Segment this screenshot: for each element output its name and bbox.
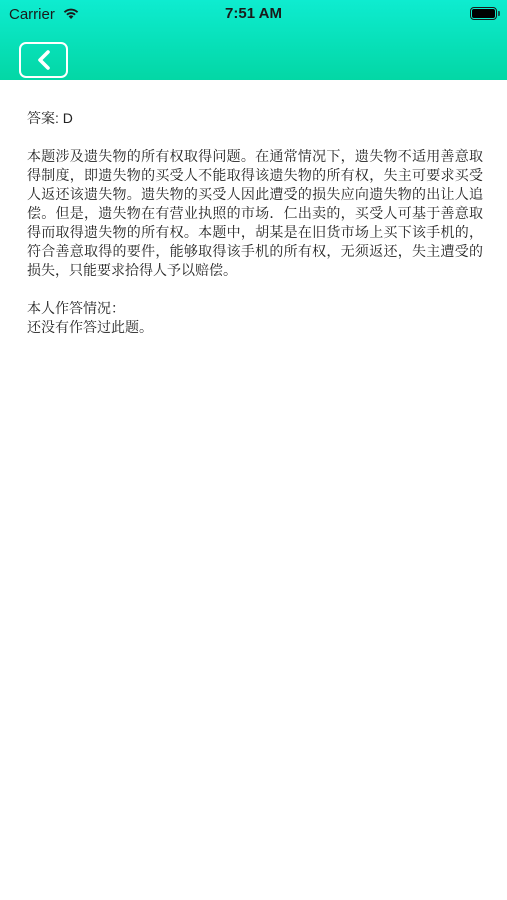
- correct-answer: 答案: D: [27, 109, 483, 128]
- answer-explanation: 本题涉及遗失物的所有权取得问题。在通常情况下，遗失物不适用善意取得制度，即遗失物…: [27, 147, 483, 280]
- nav-header: Carrier 7:51 AM: [0, 0, 507, 80]
- my-answer-label: 本人作答情况：: [27, 299, 483, 318]
- answer-detail: 答案: D 本题涉及遗失物的所有权取得问题。在通常情况下，遗失物不适用善意取得制…: [27, 109, 483, 337]
- my-answer-value: 还没有作答过此题。: [27, 318, 483, 337]
- chevron-left-icon: [36, 49, 52, 71]
- status-bar: Carrier 7:51 AM: [0, 0, 507, 28]
- back-button[interactable]: [19, 42, 68, 78]
- battery-tip: [498, 11, 500, 16]
- clock: 7:51 AM: [0, 5, 507, 22]
- battery-full-icon: [470, 7, 497, 20]
